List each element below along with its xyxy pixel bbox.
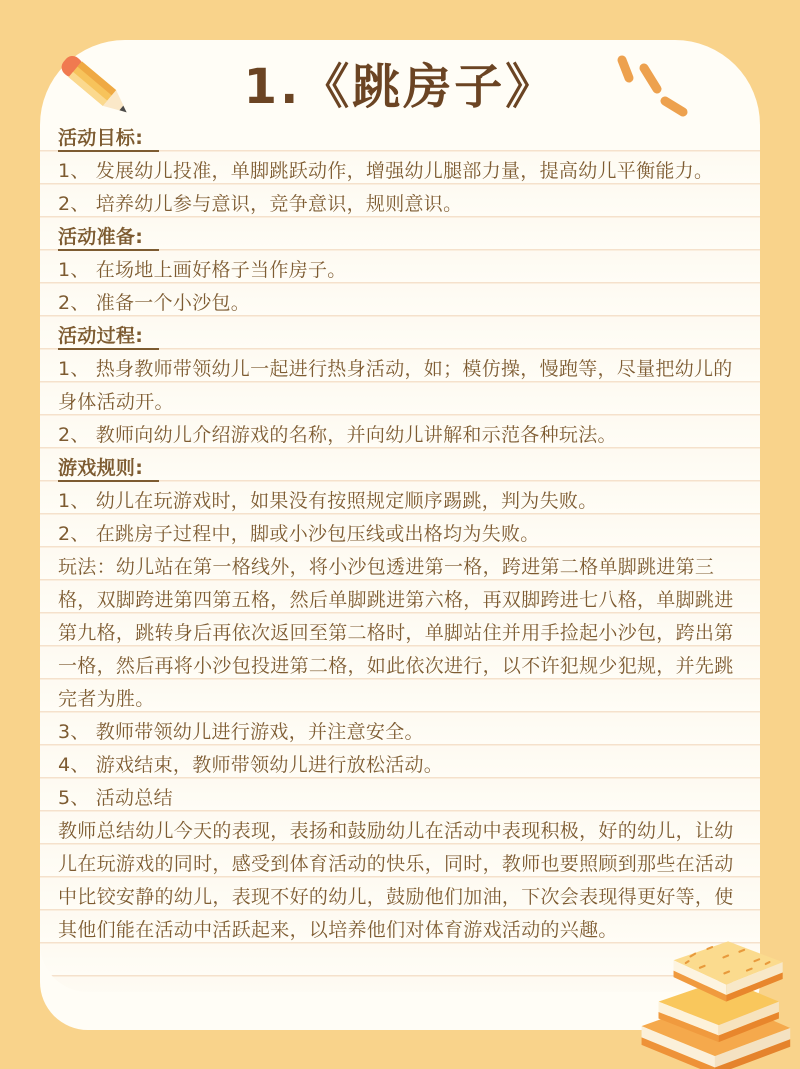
item-text: 游戏结束，教师带领幼儿进行放松活动。 — [96, 754, 443, 776]
sparkle-icon — [610, 52, 690, 122]
item-text: 教师向幼儿介绍游戏的名称，并向幼儿讲解和示范各种玩法。 — [96, 424, 617, 446]
list-item: 5、活动总结 — [58, 782, 742, 815]
section-heading-row: 活动目标: — [58, 122, 742, 155]
item-marker: 3、 — [58, 721, 90, 743]
pencil-icon — [54, 40, 140, 135]
item-marker: 2、 — [58, 523, 90, 545]
item-marker: 2、 — [58, 193, 90, 215]
books-stack-icon — [634, 932, 794, 1069]
list-item: 2、准备一个小沙包。 — [58, 287, 742, 320]
section-heading: 活动准备: — [58, 226, 159, 251]
item-marker: 1、 — [58, 160, 90, 182]
page-frame: 1.《跳房子》 活动目标:1、发展幼儿投准，单脚跳跃动作，增强幼儿腿部力量，提高… — [0, 0, 800, 1069]
list-item: 1、发展幼儿投准，单脚跳跃动作，增强幼儿腿部力量，提高幼儿平衡能力。 — [58, 155, 742, 188]
list-item: 2、在跳房子过程中，脚或小沙包压线或出格均为失败。 — [58, 518, 742, 551]
item-marker: 2、 — [58, 424, 90, 446]
item-text: 幼儿在玩游戏时，如果没有按照规定顺序踢跳，判为失败。 — [96, 490, 598, 512]
item-text: 玩法：幼儿站在第一格线外，将小沙包透进第一格，跨进第二格单脚跳进第三格，双脚跨进… — [58, 556, 734, 710]
list-item: 4、游戏结束，教师带领幼儿进行放松活动。 — [58, 749, 742, 782]
list-item: 2、教师向幼儿介绍游戏的名称，并向幼儿讲解和示范各种玩法。 — [58, 419, 742, 452]
list-item: 3、教师带领幼儿进行游戏，并注意安全。 — [58, 716, 742, 749]
item-text: 活动总结 — [96, 787, 173, 809]
item-marker: 1、 — [58, 490, 90, 512]
item-text: 热身教师带领幼儿一起进行热身活动，如；模仿操，慢跑等，尽量把幼儿的身体活动开。 — [58, 358, 733, 413]
item-text: 培养幼儿参与意识，竞争意识，规则意识。 — [96, 193, 463, 215]
item-text: 准备一个小沙包。 — [96, 292, 250, 314]
item-marker: 4、 — [58, 754, 90, 776]
item-marker: 1、 — [58, 358, 90, 380]
list-item: 2、培养幼儿参与意识，竞争意识，规则意识。 — [58, 188, 742, 221]
section-heading: 游戏规则: — [58, 457, 159, 482]
item-marker: 1、 — [58, 259, 90, 281]
list-item: 1、幼儿在玩游戏时，如果没有按照规定顺序踢跳，判为失败。 — [58, 485, 742, 518]
item-marker: 5、 — [58, 787, 90, 809]
list-item: 1、在场地上画好格子当作房子。 — [58, 254, 742, 287]
section-heading-row: 活动准备: — [58, 221, 742, 254]
item-text: 在场地上画好格子当作房子。 — [96, 259, 347, 281]
item-text: 教师带领幼儿进行游戏，并注意安全。 — [96, 721, 424, 743]
item-marker: 2、 — [58, 292, 90, 314]
section-heading: 活动目标: — [58, 127, 159, 152]
item-text: 发展幼儿投准，单脚跳跃动作，增强幼儿腿部力量，提高幼儿平衡能力。 — [96, 160, 714, 182]
section-heading-row: 游戏规则: — [58, 452, 742, 485]
list-item: 1、热身教师带领幼儿一起进行热身活动，如；模仿操，慢跑等，尽量把幼儿的身体活动开… — [58, 353, 742, 419]
item-text: 在跳房子过程中，脚或小沙包压线或出格均为失败。 — [96, 523, 540, 545]
section-heading-row: 活动过程: — [58, 320, 742, 353]
paragraph: 玩法：幼儿站在第一格线外，将小沙包透进第一格，跨进第二格单脚跳进第三格，双脚跨进… — [58, 551, 742, 716]
document-content: 活动目标:1、发展幼儿投准，单脚跳跃动作，增强幼儿腿部力量，提高幼儿平衡能力。2… — [58, 122, 742, 947]
item-text: 教师总结幼儿今天的表现，表扬和鼓励幼儿在活动中表现积极，好的幼儿，让幼儿在玩游戏… — [58, 820, 734, 941]
section-heading: 活动过程: — [58, 325, 159, 350]
paper: 1.《跳房子》 活动目标:1、发展幼儿投准，单脚跳跃动作，增强幼儿腿部力量，提高… — [40, 40, 760, 1030]
paragraph: 教师总结幼儿今天的表现，表扬和鼓励幼儿在活动中表现积极，好的幼儿，让幼儿在玩游戏… — [58, 815, 742, 947]
